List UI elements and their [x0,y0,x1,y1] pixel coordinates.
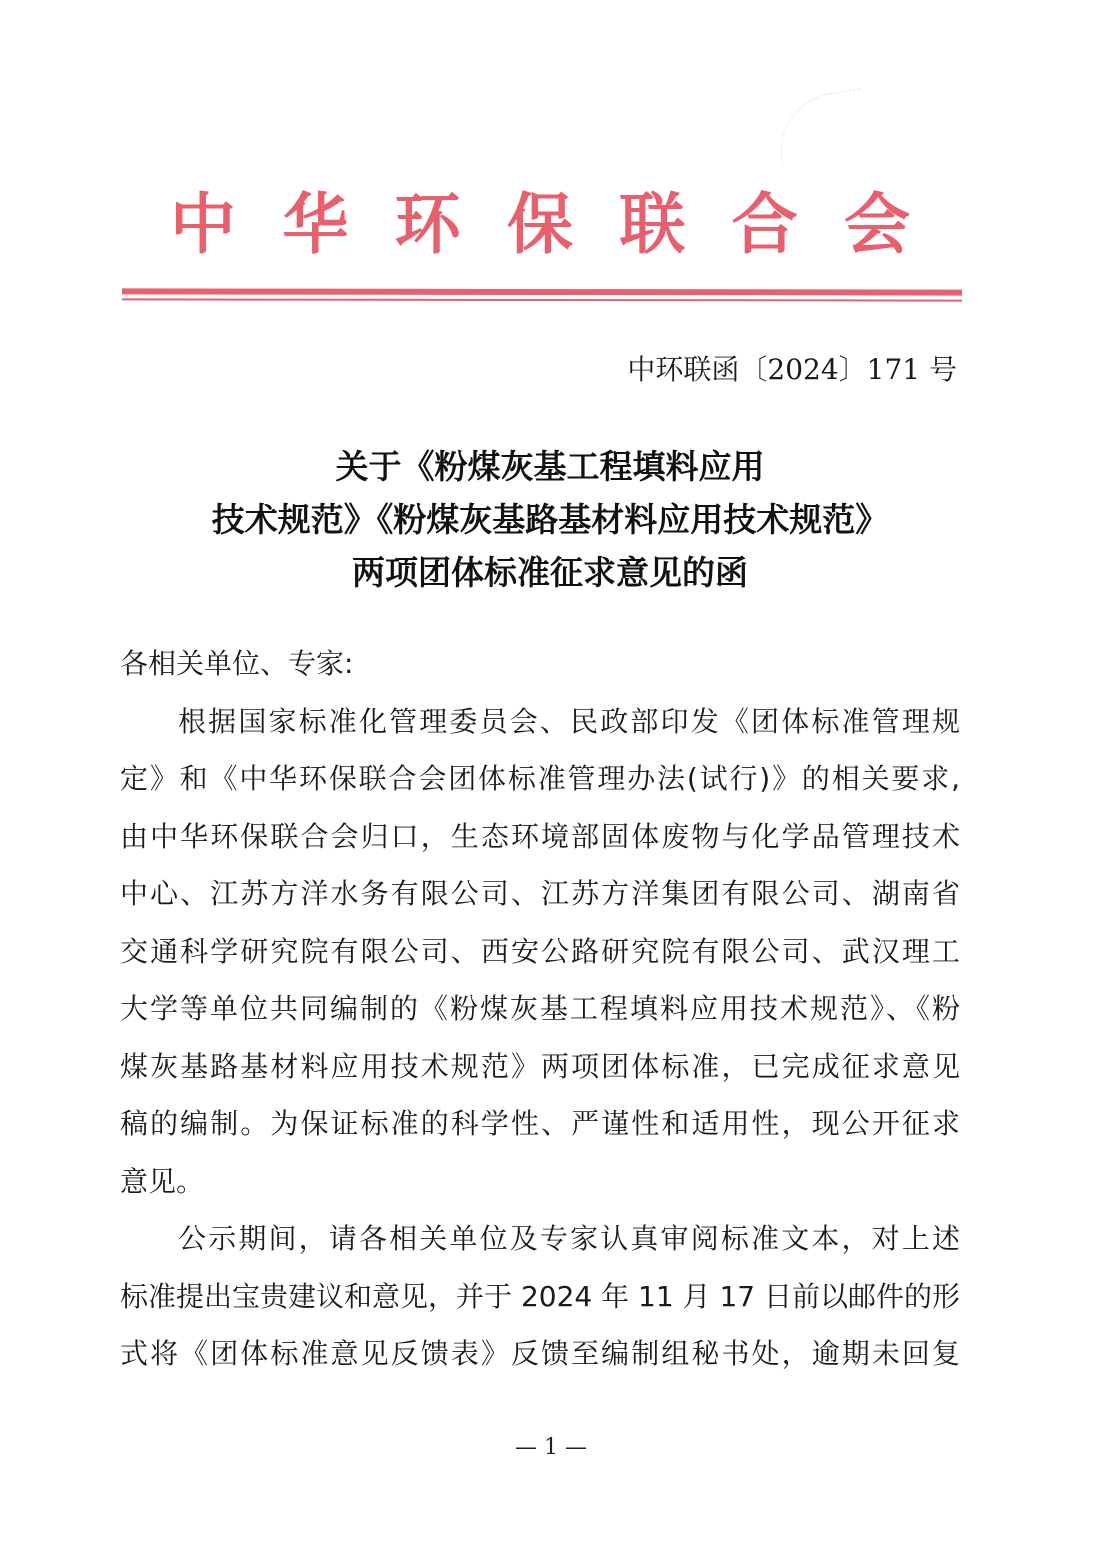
document-number: 中环联函〔2024〕171 号 [627,350,957,390]
org-char: 华 [282,180,348,268]
title-line: 技术规范》《粉煤灰基路基材料应用技术规范》 [120,493,980,546]
letter-body: 各相关单位、专家: 根据国家标准化管理委员会、民政部印发《团体标准管理规 定》和… [120,635,960,1383]
paragraph-line: 意见。 [120,1153,960,1211]
paragraph-line: 稿的编制。为保证标准的科学性、严谨性和适用性，现公开征求 [120,1095,960,1153]
paragraph-line: 式将《团体标准意见反馈表》反馈至编制组秘书处，逾期未回复 [120,1325,960,1383]
paragraph-line: 定》和《中华环保联合会团体标准管理办法(试行)》的相关要求, [120,750,960,808]
paragraph-line: 煤灰基路基材料应用技术规范》两项团体标准，已完成征求意见 [120,1038,960,1096]
paragraph-1: 根据国家标准化管理委员会、民政部印发《团体标准管理规 定》和《中华环保联合会团体… [120,693,960,1211]
letterhead: 中 华 环 保 联 合 会 [0,180,1102,280]
letterhead-rule-thin [122,298,962,301]
org-char: 环 [395,180,461,268]
org-char: 联 [619,180,685,268]
paragraph-line: 公示期间，请各相关单位及专家认真审阅标准文本，对上述 [120,1210,960,1268]
faint-seal-mark [770,87,871,164]
paragraph-line: 中心、江苏方洋水务有限公司、江苏方洋集团有限公司、湖南省 [120,865,960,923]
letterhead-rule-thick [122,288,962,295]
document-page: 中 华 环 保 联 合 会 中环联函〔2024〕171 号 关于《粉煤灰基工程填… [0,0,1102,1559]
paragraph-line: 由中华环保联合会归口，生态环境部固体废物与化学品管理技术 [120,808,960,866]
title-line: 两项团体标准征求意见的函 [120,546,980,599]
paragraph-line: 根据国家标准化管理委员会、民政部印发《团体标准管理规 [120,693,960,751]
title-line: 关于《粉煤灰基工程填料应用 [120,440,980,493]
salutation: 各相关单位、专家: [120,635,960,693]
document-title: 关于《粉煤灰基工程填料应用 技术规范》《粉煤灰基路基材料应用技术规范》 两项团体… [120,440,980,599]
paragraph-line: 标准提出宝贵建议和意见，并于 2024 年 11 月 17 日前以邮件的形 [120,1268,960,1326]
org-char: 会 [844,180,910,268]
org-char: 保 [507,180,573,268]
page-number: — 1 — [0,1435,1102,1460]
org-char: 中 [170,180,236,268]
organization-name: 中 华 环 保 联 合 会 [170,180,910,268]
paragraph-2: 公示期间，请各相关单位及专家认真审阅标准文本，对上述 标准提出宝贵建议和意见，并… [120,1210,960,1383]
paragraph-line: 大学等单位共同编制的《粉煤灰基工程填料应用技术规范》、《粉 [120,980,960,1038]
paragraph-line: 交通科学研究院有限公司、西安公路研究院有限公司、武汉理工 [120,923,960,981]
org-char: 合 [732,180,798,268]
